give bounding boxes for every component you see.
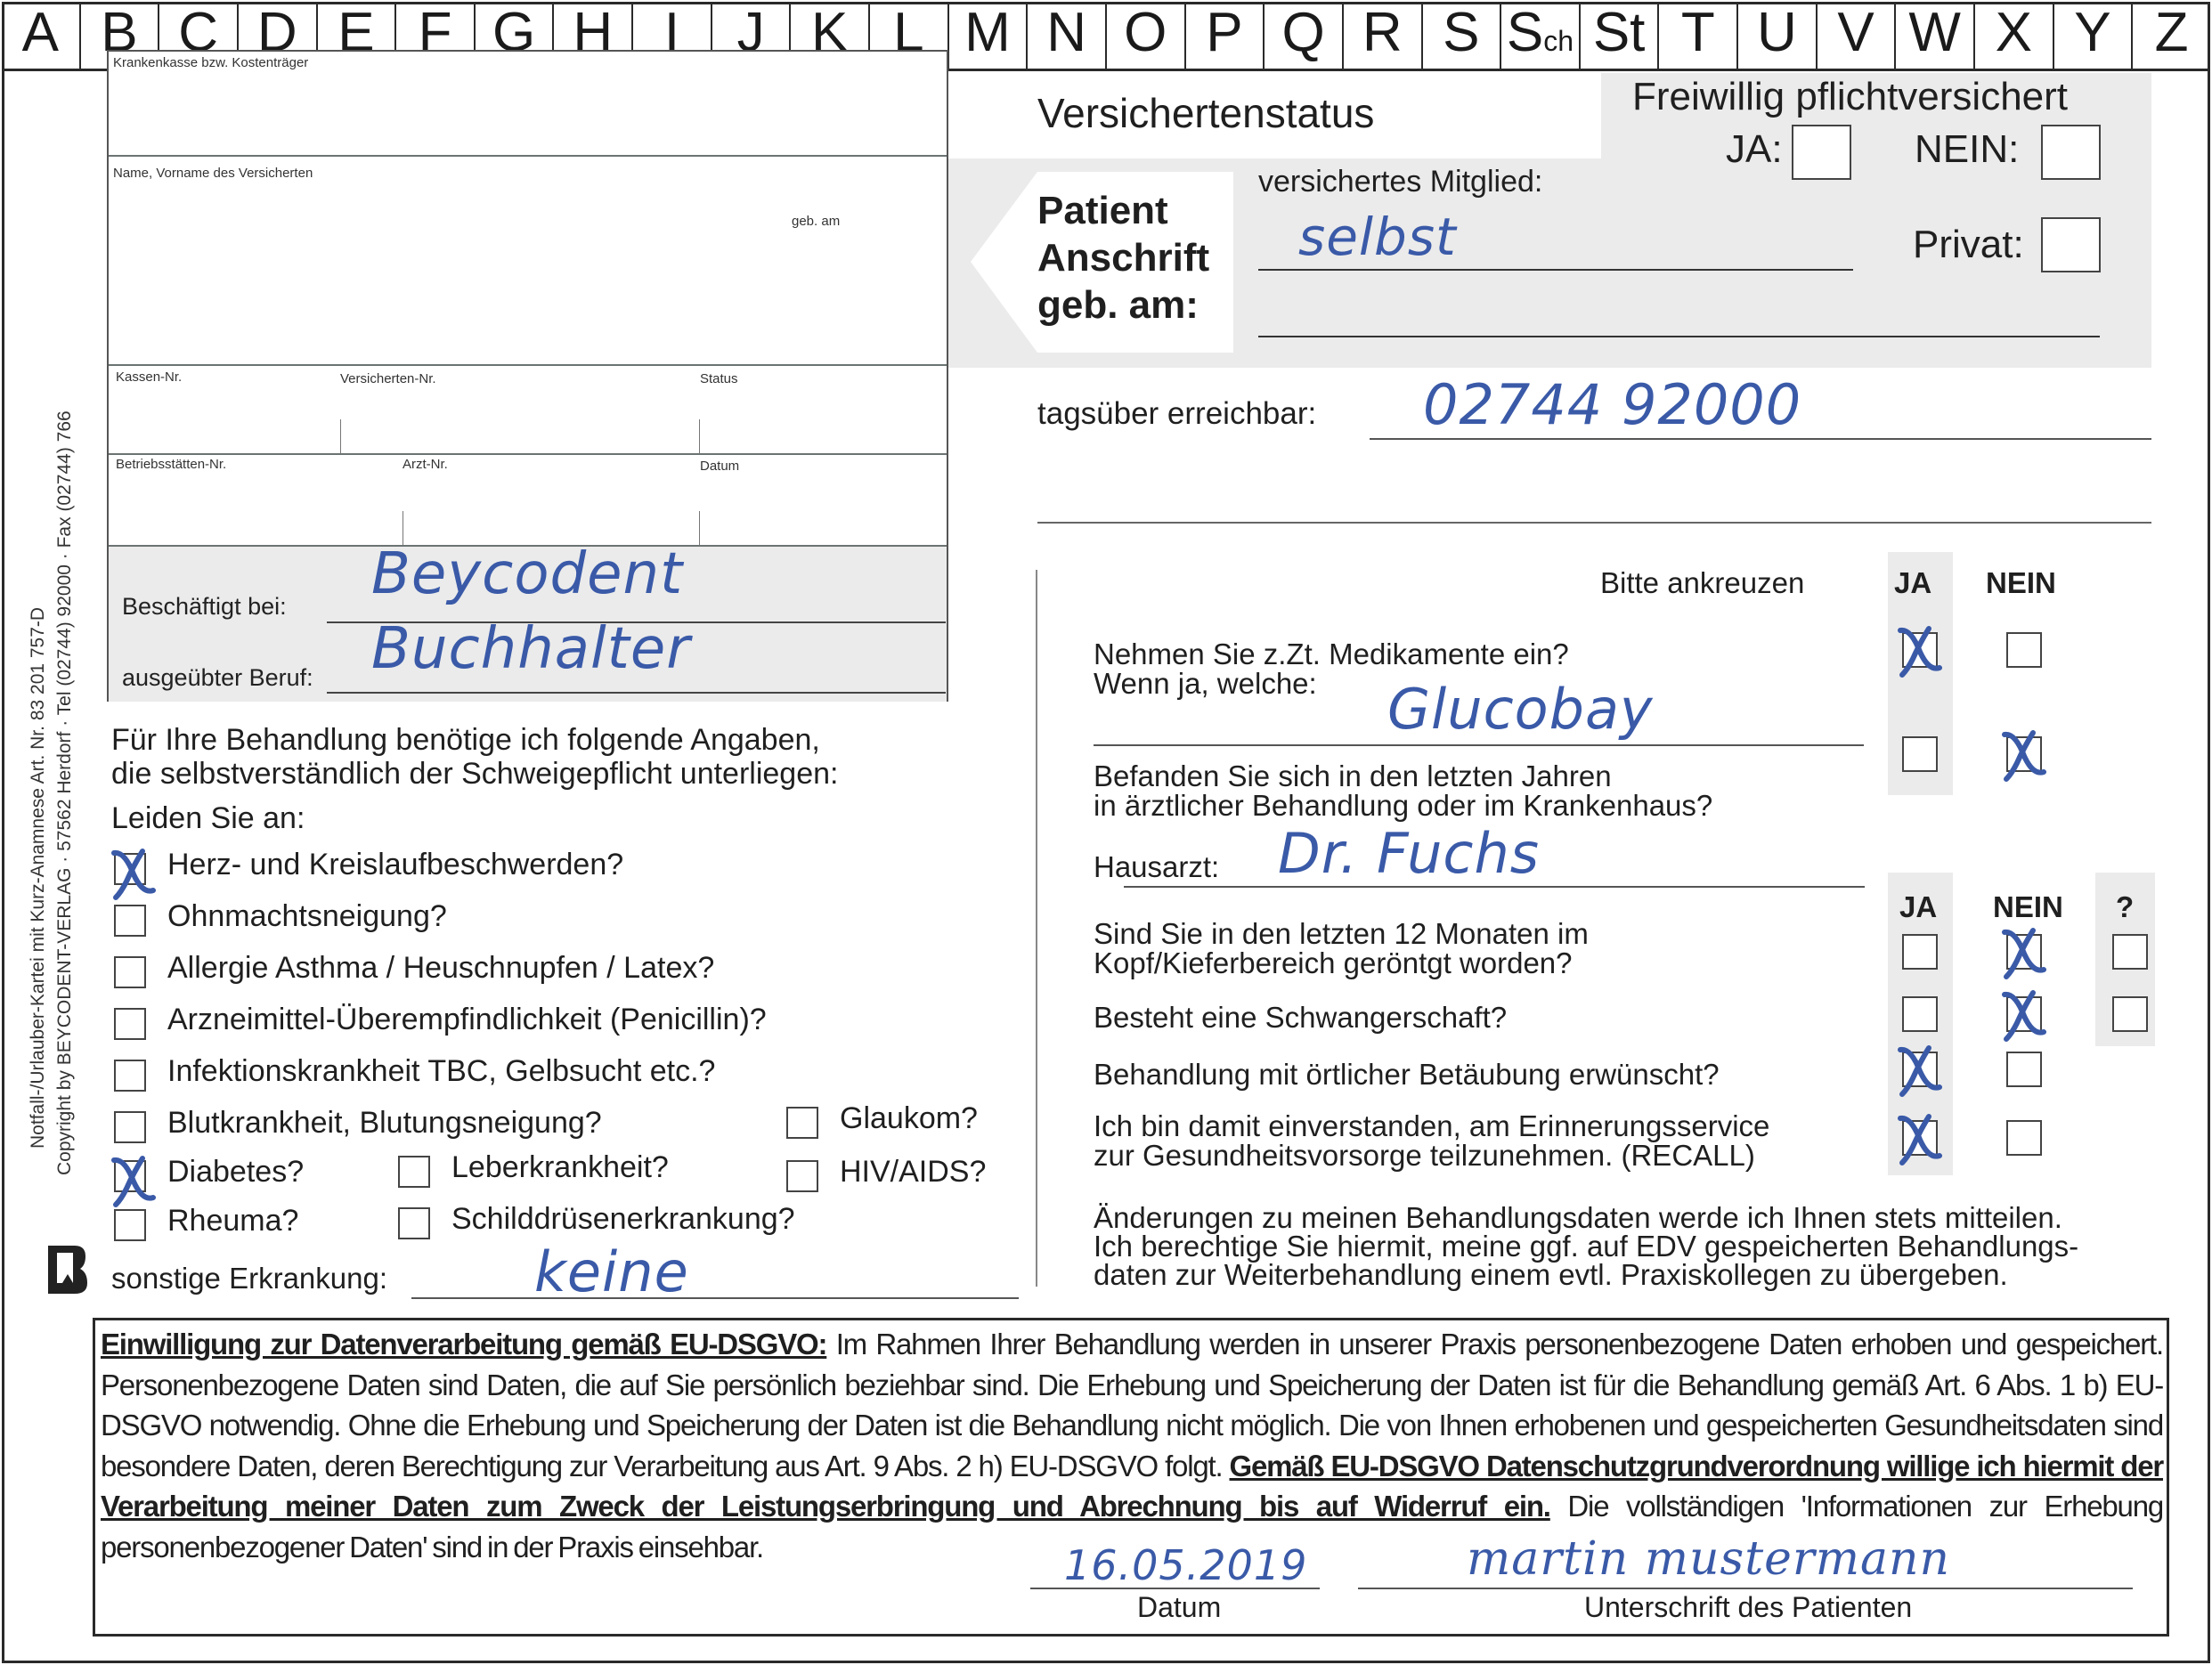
alphabet-tab-p[interactable]: P: [1186, 2, 1265, 71]
condition-label: Herz- und Kreislaufbeschwerden?: [167, 848, 623, 882]
consent-date-value[interactable]: 16.05.2019: [1064, 1541, 1307, 1589]
answer-nein-checkbox[interactable]: [2006, 1052, 2042, 1087]
question-xray: Sind Sie in den letzten 12 Monaten im Ko…: [1094, 919, 1589, 978]
freiwillig-ja-label: JA:: [1726, 127, 1783, 172]
answer-unknown-checkbox[interactable]: [2112, 996, 2148, 1032]
signature-label: Unterschrift des Patienten: [1584, 1591, 1912, 1624]
column-divider: [1036, 570, 1037, 1287]
question-anesthesia: Behandlung mit örtlicher Betäubung erwün…: [1094, 1060, 1720, 1089]
condition-label: Diabetes?: [167, 1155, 304, 1190]
status-label: Status: [700, 371, 738, 386]
beycodent-tooth-logo-icon: [45, 1244, 89, 1295]
privat-checkbox[interactable]: [2041, 217, 2101, 272]
alphabet-tab-r[interactable]: R: [1344, 2, 1423, 71]
hausarzt-value[interactable]: Dr. Fuchs: [1278, 821, 1540, 886]
alphabet-tab-s[interactable]: S: [1423, 2, 1502, 71]
handwritten-x-mark-icon: [1997, 989, 2051, 1043]
versichertenstatus-title: Versichertenstatus: [1037, 89, 1374, 137]
answer-unknown-checkbox[interactable]: [2112, 934, 2148, 970]
other-condition-label: sonstige Erkrankung:: [111, 1262, 387, 1295]
alphabet-tab-n[interactable]: N: [1028, 2, 1107, 71]
alphabet-tab-a[interactable]: A: [2, 2, 81, 71]
publisher-imprint: Notfall-/Urlauber-Kartei mit Kurz-Anamne…: [25, 410, 78, 1175]
answer-ja-checkbox[interactable]: [1902, 736, 1938, 772]
column-header-nein-2: NEIN: [1993, 890, 2063, 924]
betriebsstaetten-label: Betriebsstätten-Nr.: [116, 457, 226, 472]
condition-checkbox[interactable]: [114, 956, 146, 988]
freiwillig-ja-checkbox[interactable]: [1792, 125, 1851, 180]
answer-ja-checkbox[interactable]: [1902, 996, 1938, 1032]
freiwillig-label: Freiwillig pflichtversichert: [1632, 75, 2068, 119]
freiwillig-nein-label: NEIN:: [1915, 127, 2019, 172]
condition-label: HIV/AIDS?: [840, 1155, 986, 1190]
alphabet-tab-t[interactable]: T: [1659, 2, 1738, 71]
condition-checkbox[interactable]: [398, 1207, 430, 1239]
answer-ja-checkbox[interactable]: [1902, 934, 1938, 970]
medication-value[interactable]: Glucobay: [1387, 677, 1654, 742]
alphabet-tab-v[interactable]: V: [1818, 2, 1897, 71]
answer-nein-checkbox[interactable]: [2006, 1120, 2042, 1156]
condition-label: Ohnmachtsneigung?: [167, 899, 447, 934]
job-value[interactable]: Buchhalter: [371, 616, 691, 682]
privat-label: Privat:: [1913, 223, 2024, 267]
name-label: Name, Vorname des Versicherten: [113, 166, 313, 181]
condition-label: Leberkrankheit?: [451, 1150, 669, 1185]
condition-label: Infektionskrankheit TBC, Gelbsucht etc.?: [167, 1054, 715, 1089]
versichertes-mitglied-value[interactable]: selbst: [1298, 207, 1457, 267]
contact-label: tagsüber erreichbar:: [1037, 396, 1316, 432]
alphabet-tab-sch[interactable]: Sch: [1501, 2, 1581, 71]
contact-phone-value[interactable]: 02744 92000: [1423, 372, 1801, 437]
condition-checkbox[interactable]: [114, 1111, 146, 1143]
employment-section: Beschäftigt bei: Beycodent ausgeübter Be…: [109, 547, 947, 702]
condition-label: Allergie Asthma / Heuschnupfen / Latex?: [167, 951, 714, 986]
alphabet-tab-x[interactable]: X: [1975, 2, 2054, 71]
leiden-sie-an-label: Leiden Sie an:: [111, 801, 305, 835]
gdpr-consent-text: Einwilligung zur Datenverarbeitung gemäß…: [101, 1324, 2163, 1567]
handwritten-x-mark-icon: [107, 848, 160, 901]
column-header-nein: NEIN: [1986, 566, 2056, 600]
patient-anschrift-label: Patient Anschrift geb. am:: [1037, 187, 1209, 329]
question-recall: Ich bin damit einverstanden, am Erinneru…: [1094, 1111, 1769, 1170]
alphabet-tab-st[interactable]: St: [1581, 2, 1660, 71]
answer-nein-checkbox[interactable]: [2006, 632, 2042, 668]
geb-am-label: geb. am: [792, 214, 840, 229]
question-pregnancy: Besteht eine Schwangerschaft?: [1094, 1003, 1507, 1032]
copyright-line: Copyright by BEYCODENT-VERLAG · 57562 He…: [52, 410, 78, 1175]
kassen-row: Kassen-Nr. Versicherten-Nr. Status: [109, 366, 947, 455]
alphabet-tab-w[interactable]: W: [1896, 2, 1975, 71]
condition-checkbox[interactable]: [114, 905, 146, 937]
alphabet-tab-o[interactable]: O: [1107, 2, 1186, 71]
condition-checkbox[interactable]: [786, 1107, 818, 1139]
form-article-number: Notfall-/Urlauber-Kartei mit Kurz-Anamne…: [25, 410, 52, 1175]
condition-checkbox[interactable]: [114, 1008, 146, 1040]
arzt-nr-label: Arzt-Nr.: [403, 457, 448, 472]
alphabet-tab-m[interactable]: M: [949, 2, 1029, 71]
column-header-ja: JA: [1894, 566, 1931, 600]
question-recent-treatment: Befanden Sie sich in den letzten Jahren …: [1094, 761, 1712, 820]
handwritten-x-mark-icon: [1893, 1044, 1947, 1098]
alphabet-tab-y[interactable]: Y: [2054, 2, 2134, 71]
condition-checkbox[interactable]: [114, 1060, 146, 1092]
gdpr-consent-box: Einwilligung zur Datenverarbeitung gemäß…: [93, 1318, 2169, 1637]
condition-checkbox[interactable]: [114, 1209, 146, 1241]
data-change-notice: Änderungen zu meinen Behandlungsdaten we…: [1094, 1204, 2078, 1289]
bitte-ankreuzen-label: Bitte ankreuzen: [1600, 566, 1804, 600]
column-header-unknown: ?: [2116, 890, 2134, 924]
consent-heading: Einwilligung zur Datenverarbeitung gemäß…: [101, 1328, 826, 1360]
employer-label: Beschäftigt bei:: [122, 593, 287, 621]
job-label: ausgeübter Beruf:: [122, 664, 313, 692]
insurance-card-box: Krankenkasse bzw. Kostenträger Name, Vor…: [107, 50, 948, 702]
alphabet-tab-u[interactable]: U: [1738, 2, 1818, 71]
hausarzt-label: Hausarzt:: [1094, 850, 1219, 884]
alphabet-tab-z[interactable]: Z: [2133, 2, 2210, 71]
condition-checkbox[interactable]: [786, 1160, 818, 1192]
handwritten-x-mark-icon: [1893, 625, 1947, 678]
condition-label: Arzneimittel-Überempfindlichkeit (Penici…: [167, 1003, 767, 1037]
versicherter-name-field[interactable]: Name, Vorname des Versicherten geb. am: [109, 157, 947, 366]
versicherten-nr-label: Versicherten-Nr.: [340, 371, 436, 386]
krankenkasse-field[interactable]: Krankenkasse bzw. Kostenträger: [109, 52, 947, 157]
handwritten-x-mark-icon: [1893, 1113, 1947, 1166]
column-header-ja-2: JA: [1899, 890, 1937, 924]
condition-label: Rheuma?: [167, 1204, 298, 1239]
handwritten-x-mark-icon: [1997, 729, 2051, 783]
intro-text: Für Ihre Behandlung benötige ich folgend…: [111, 723, 838, 791]
alphabet-tab-q[interactable]: Q: [1265, 2, 1344, 71]
betrieb-row: Betriebsstätten-Nr. Arzt-Nr. Datum: [109, 455, 947, 547]
freiwillig-nein-checkbox[interactable]: [2041, 125, 2101, 180]
handwritten-x-mark-icon: [1997, 927, 2051, 980]
krankenkasse-label: Krankenkasse bzw. Kostenträger: [113, 55, 308, 70]
kassen-nr-label: Kassen-Nr.: [116, 370, 182, 385]
condition-label: Schilddrüsenerkrankung?: [451, 1202, 795, 1237]
other-condition-value[interactable]: keine: [534, 1239, 689, 1304]
patient-signature[interactable]: martin mustermann: [1467, 1532, 1950, 1586]
consent-date-label: Datum: [1137, 1591, 1221, 1624]
condition-checkbox[interactable]: [398, 1156, 430, 1188]
condition-label: Blutkrankheit, Blutungsneigung?: [167, 1106, 602, 1141]
condition-label: Glaukom?: [840, 1101, 978, 1136]
datum-label: Datum: [700, 459, 739, 474]
employer-value[interactable]: Beycodent: [371, 541, 683, 607]
versichertes-mitglied-label: versichertes Mitglied:: [1258, 165, 1542, 199]
handwritten-x-mark-icon: [107, 1155, 160, 1208]
